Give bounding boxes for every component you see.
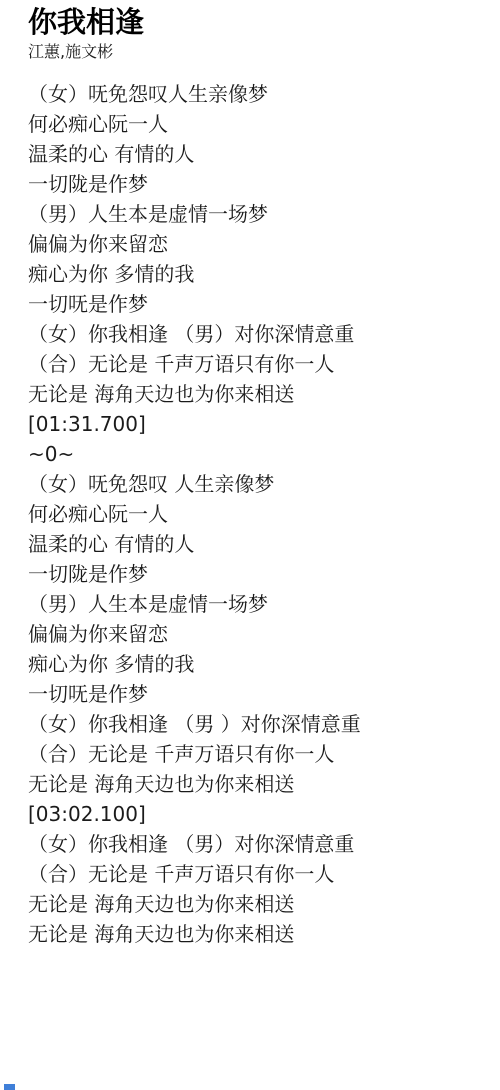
lyric-line: 一切陇是作梦 <box>28 169 490 199</box>
lyric-line: （合）无论是 千声万语只有你一人 <box>28 349 490 379</box>
lyric-line: （女）呒免怨叹 人生亲像梦 <box>28 469 490 499</box>
lyric-line: 一切呒是作梦 <box>28 289 490 319</box>
lyric-line: （男）人生本是虚情一场梦 <box>28 589 490 619</box>
lyric-line: [01:31.700] <box>28 409 490 439</box>
lyric-line: （女）你我相逢 （男）对你深情意重 <box>28 829 490 859</box>
lyric-line: ~0~ <box>28 439 490 469</box>
lyric-line: 偏偏为你来留恋 <box>28 229 490 259</box>
lyrics-page: 你我相逢 江蕙,施文彬 （女）呒免怨叹人生亲像梦何必痴心阮一人温柔的心 有情的人… <box>0 0 500 949</box>
lyric-line: （合）无论是 千声万语只有你一人 <box>28 739 490 769</box>
lyrics-body: （女）呒免怨叹人生亲像梦何必痴心阮一人温柔的心 有情的人一切陇是作梦（男）人生本… <box>28 79 490 949</box>
lyric-line: 一切呒是作梦 <box>28 679 490 709</box>
lyric-line: （男）人生本是虚情一场梦 <box>28 199 490 229</box>
lyric-line: （女）你我相逢 （男）对你深情意重 <box>28 319 490 349</box>
lyric-line: 无论是 海角天边也为你来相送 <box>28 919 490 949</box>
lyric-line: 温柔的心 有情的人 <box>28 139 490 169</box>
lyric-line: （女）呒免怨叹人生亲像梦 <box>28 79 490 109</box>
lyric-line: （女）你我相逢 （男 ）对你深情意重 <box>28 709 490 739</box>
artist-names: 江蕙,施文彬 <box>28 40 490 64</box>
lyric-line: 偏偏为你来留恋 <box>28 619 490 649</box>
lyric-line: 何必痴心阮一人 <box>28 499 490 529</box>
lyric-line: 无论是 海角天边也为你来相送 <box>28 379 490 409</box>
lyric-line: 一切陇是作梦 <box>28 559 490 589</box>
lyric-line: 痴心为你 多情的我 <box>28 649 490 679</box>
partial-bottom-element <box>4 1084 15 1090</box>
song-title: 你我相逢 <box>28 4 490 40</box>
lyric-line: 无论是 海角天边也为你来相送 <box>28 889 490 919</box>
lyric-line: 无论是 海角天边也为你来相送 <box>28 769 490 799</box>
lyric-line: （合）无论是 千声万语只有你一人 <box>28 859 490 889</box>
lyric-line: 温柔的心 有情的人 <box>28 529 490 559</box>
lyric-line: 何必痴心阮一人 <box>28 109 490 139</box>
lyric-line: 痴心为你 多情的我 <box>28 259 490 289</box>
lyric-line: [03:02.100] <box>28 799 490 829</box>
